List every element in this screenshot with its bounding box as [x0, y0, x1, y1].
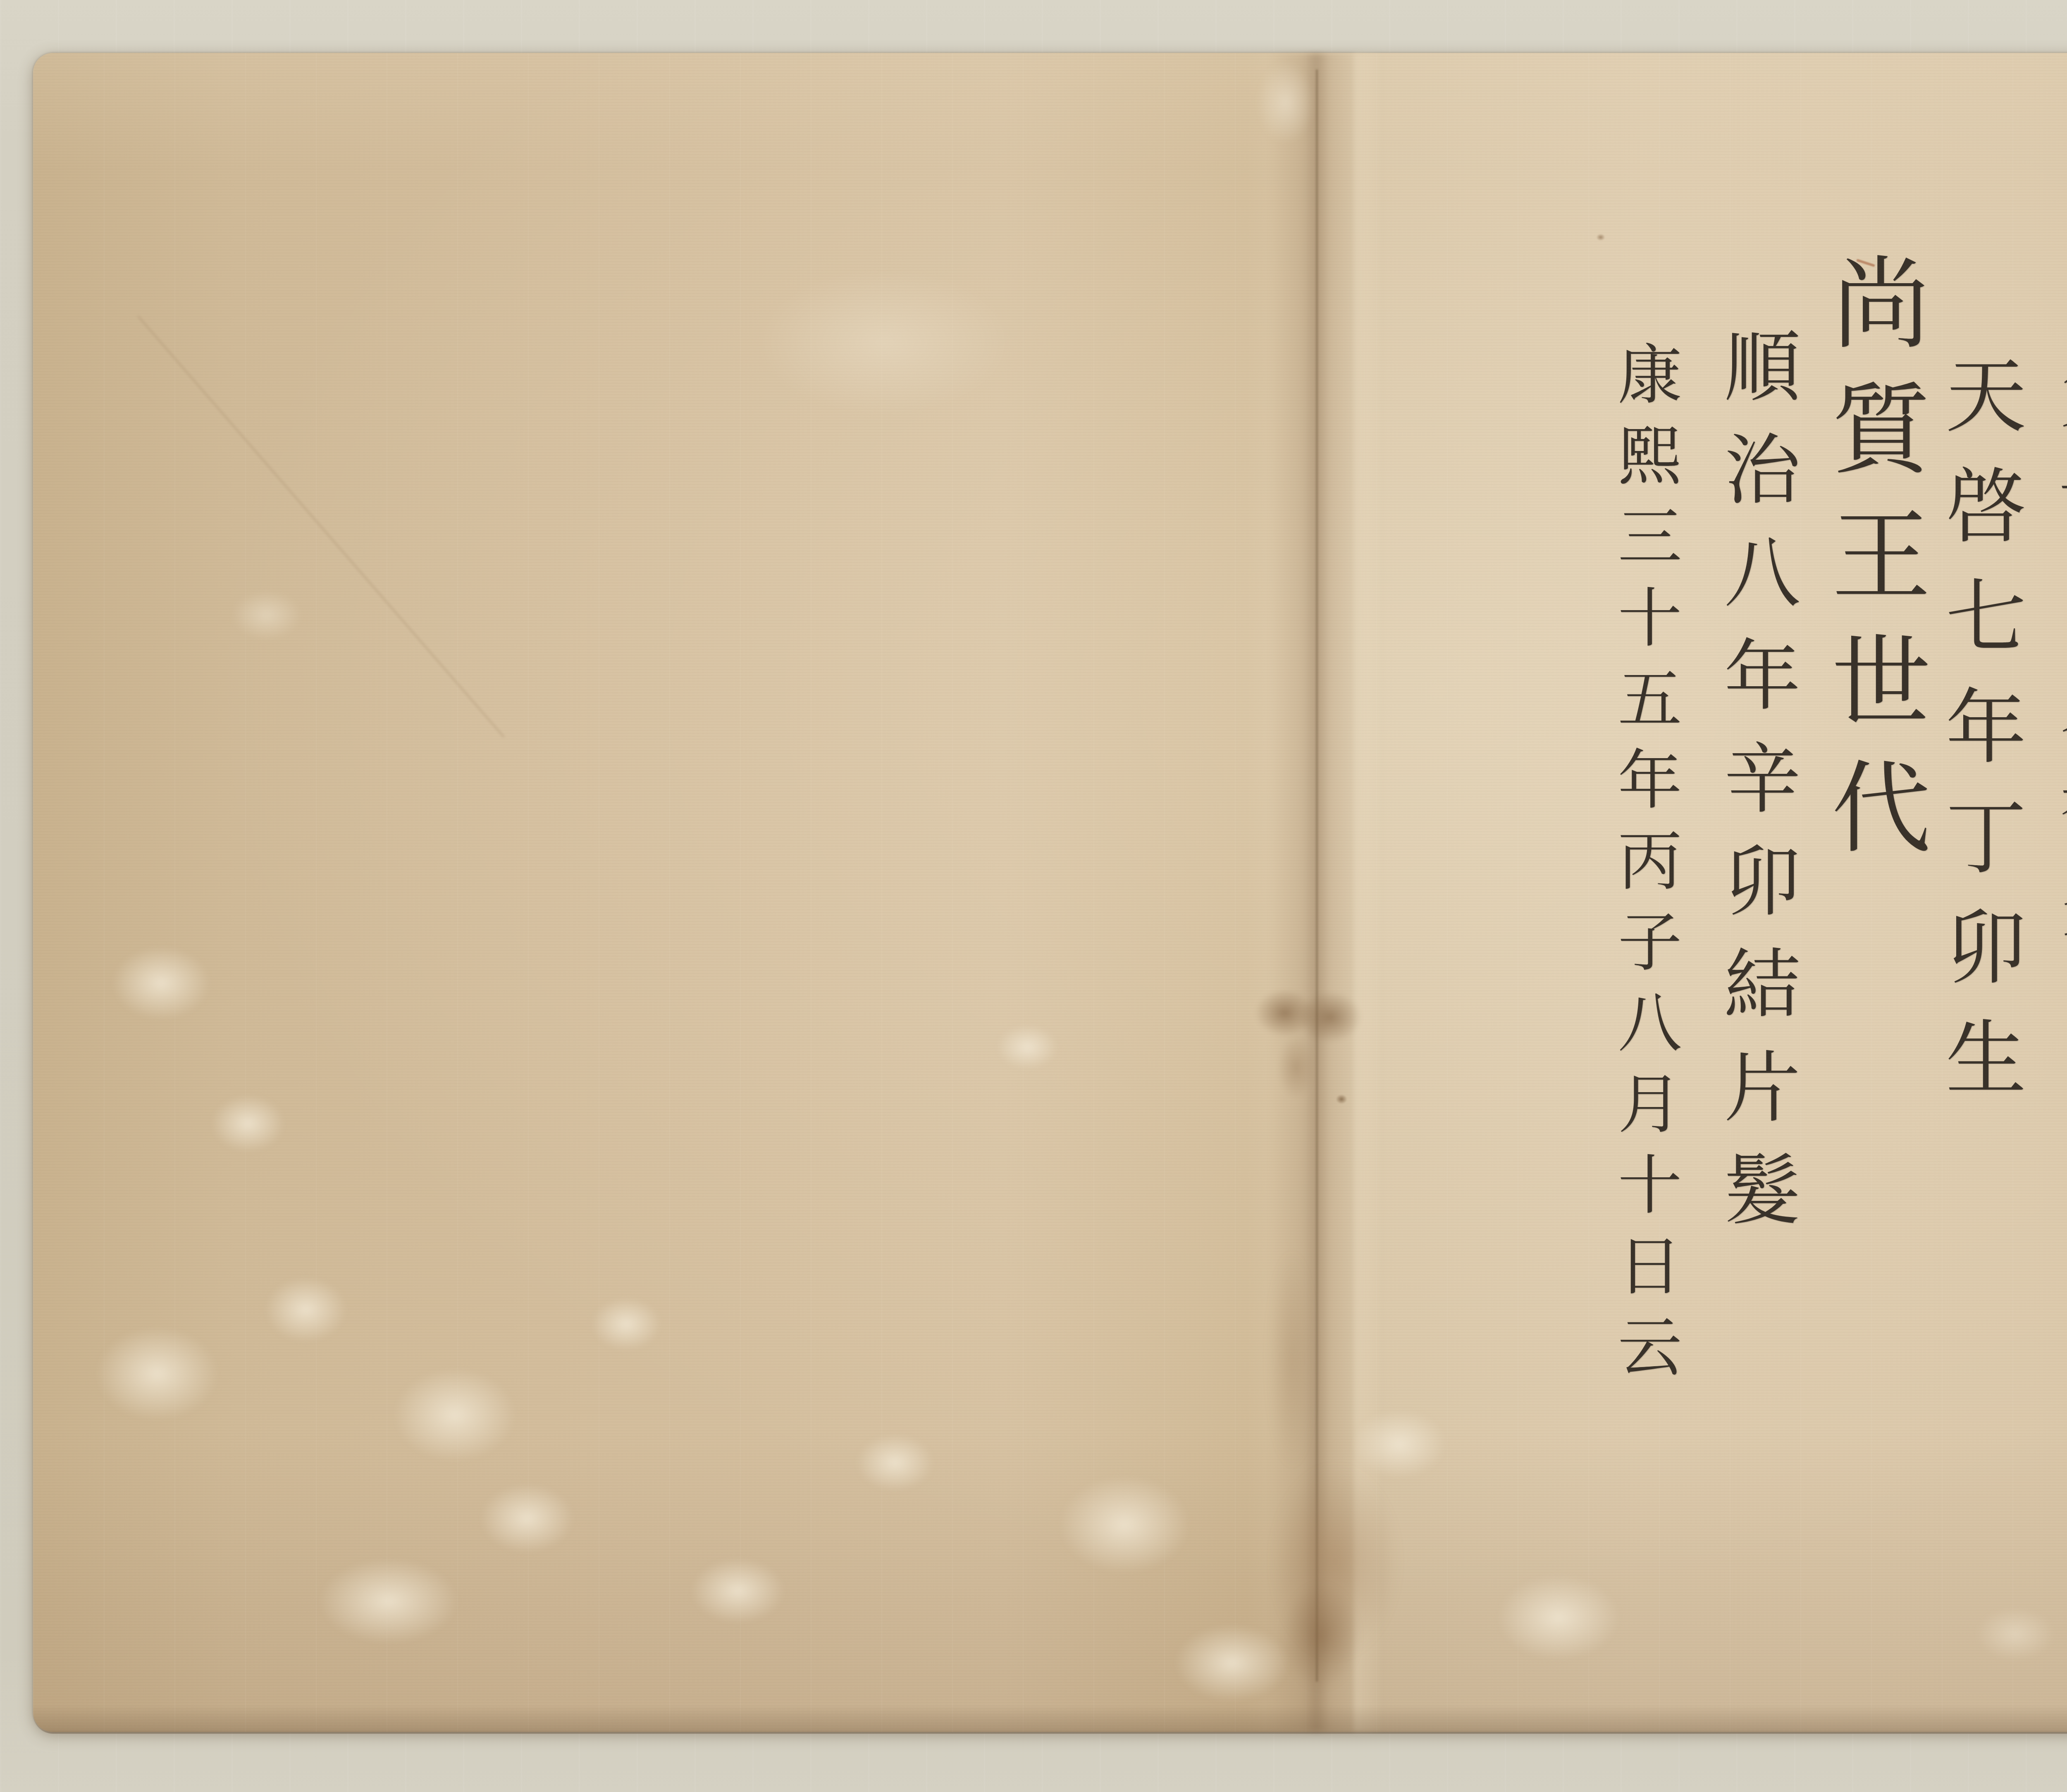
paper-mottle-patch: [1976, 1607, 2055, 1661]
paper-mottle-patch: [996, 1024, 1058, 1070]
paper-mottle-patch: [1058, 1475, 1191, 1574]
paper-mottle-patch: [1497, 1574, 1621, 1661]
text-column-2: 父母同兄春多: [2035, 349, 2067, 959]
paper-mottle-patch: [690, 1558, 785, 1624]
paper-mottle-patch: [211, 1095, 285, 1153]
text-column-6: 康熙三十五年丙子八月十日云: [1599, 341, 1690, 1394]
stain-tail: [1277, 1037, 1315, 1099]
paper-mottle-patch: [757, 268, 1013, 417]
center-fold-crease: [1316, 69, 1318, 1682]
paper-mottle-patch: [480, 1483, 575, 1553]
paper-mottle-patch: [318, 1558, 459, 1644]
paper-mottle-patch: [1257, 61, 1315, 144]
ink-stain-butterfly: [1298, 991, 1362, 1043]
paper-mottle-patch: [95, 1326, 219, 1421]
paper-mottle-patch: [232, 590, 302, 640]
small-brown-dot: [1336, 1095, 1347, 1104]
paper-mottle-patch: [591, 1297, 661, 1351]
fold-bottom-stain-core: [1282, 1582, 1360, 1690]
small-brown-dot: [1597, 234, 1605, 241]
text-column-4: 尚質王世代: [1802, 251, 1944, 882]
paper-mottle-patch: [393, 1367, 517, 1463]
fold-smear: [1269, 1252, 1315, 1467]
paper-mottle-patch: [856, 1434, 934, 1491]
sheet-edge-shadow: [33, 1705, 2067, 1734]
scanned-page: 春喜 童名仁喜屋毛屋 父母同兄春多 天啓七年丁卯生 尚質王世代 順治八年辛卯結片…: [0, 0, 2067, 1792]
paper-mottle-patch: [1174, 1624, 1290, 1702]
paper-mottle-patch: [265, 1277, 347, 1343]
paper-mottle-patch: [112, 946, 211, 1020]
text-column-5: 順治八年辛卯結片髮: [1701, 327, 1811, 1253]
paper-mottle-patch: [1352, 1409, 1447, 1479]
